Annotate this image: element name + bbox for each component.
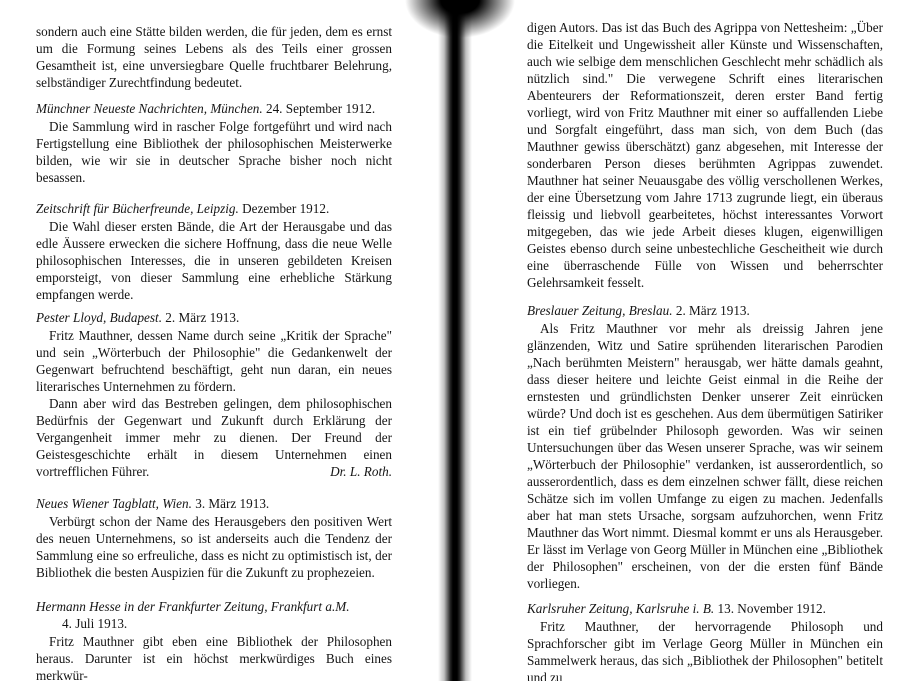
review-paragraph: Fritz Mauthner gibt eben eine Bibliothek…	[36, 633, 392, 681]
review-source: Zeitschrift für Bücherfreunde, Leipzig. …	[36, 200, 392, 217]
review-breslauer-zeitung: Breslauer Zeitung, Breslau. 2. März 1913…	[527, 302, 883, 592]
review-source: Neues Wiener Tagblatt, Wien. 3. März 191…	[36, 495, 392, 512]
review-paragraph: Als Fritz Mauthner vor mehr als dreissig…	[527, 320, 883, 592]
review-source: Münchner Neueste Nachrichten, München. 2…	[36, 100, 392, 117]
review-zeitschrift-fuer-buecherfreunde: Zeitschrift für Bücherfreunde, Leipzig. …	[36, 200, 392, 303]
review-source: Karlsruher Zeitung, Karlsruhe i. B. 13. …	[527, 600, 883, 617]
source-publication: Breslauer Zeitung, Breslau.	[527, 303, 673, 318]
review-muenchner-neueste-nachrichten: Münchner Neueste Nachrichten, München. 2…	[36, 100, 392, 186]
source-date: 2. März 1913.	[676, 303, 750, 318]
review-paragraph: Fritz Mauthner, der hervorragende Philos…	[527, 618, 883, 681]
left-page: sondern auch eine Stätte bilden werden, …	[0, 0, 450, 681]
continuation-paragraph: sondern auch eine Stätte bilden werden, …	[36, 23, 392, 91]
source-date: 4. Juli 1913.	[36, 615, 392, 632]
review-karlsruher-zeitung: Karlsruher Zeitung, Karlsruhe i. B. 13. …	[527, 600, 883, 681]
review-paragraph: Die Sammlung wird in rascher Folge fortg…	[36, 118, 392, 186]
source-publication: Zeitschrift für Bücherfreunde, Leipzig.	[36, 201, 239, 216]
source-publication: Hermann Hesse in der Frankfurter Zeitung…	[36, 599, 350, 614]
review-paragraph: Verbürgt schon der Name des Herausgebers…	[36, 513, 392, 581]
source-publication: Karlsruher Zeitung, Karlsruhe i. B.	[527, 601, 714, 616]
source-date: 2. März 1913.	[165, 310, 239, 325]
right-page: digen Autors. Das ist das Buch des Agrip…	[456, 0, 900, 681]
source-date: Dezember 1912.	[242, 201, 329, 216]
continued-text-left: sondern auch eine Stätte bilden werden, …	[36, 23, 392, 91]
review-paragraph: Fritz Mauthner, dessen Name durch seine …	[36, 327, 392, 395]
source-publication: Neues Wiener Tagblatt, Wien.	[36, 496, 192, 511]
review-paragraph: Dann aber wird das Bestreben gelingen, d…	[36, 395, 392, 480]
review-neues-wiener-tagblatt: Neues Wiener Tagblatt, Wien. 3. März 191…	[36, 495, 392, 581]
source-publication: Münchner Neueste Nachrichten, München.	[36, 101, 263, 116]
source-date: 24. September 1912.	[266, 101, 375, 116]
review-source: Pester Lloyd, Budapest. 2. März 1913.	[36, 309, 392, 326]
continued-text-right: digen Autors. Das ist das Buch des Agrip…	[527, 19, 883, 291]
review-source: Hermann Hesse in der Frankfurter Zeitung…	[36, 598, 392, 632]
book-spread: sondern auch eine Stätte bilden werden, …	[0, 0, 900, 681]
source-date: 13. November 1912.	[718, 601, 826, 616]
review-signature: Dr. L. Roth.	[317, 463, 392, 480]
source-date: 3. März 1913.	[195, 496, 269, 511]
source-publication: Pester Lloyd, Budapest.	[36, 310, 162, 325]
review-pester-lloyd: Pester Lloyd, Budapest. 2. März 1913. Fr…	[36, 309, 392, 480]
continuation-paragraph: digen Autors. Das ist das Buch des Agrip…	[527, 19, 883, 291]
review-hermann-hesse-frankfurter-zeitung: Hermann Hesse in der Frankfurter Zeitung…	[36, 598, 392, 681]
review-paragraph: Die Wahl dieser ersten Bände, die Art de…	[36, 218, 392, 303]
review-source: Breslauer Zeitung, Breslau. 2. März 1913…	[527, 302, 883, 319]
